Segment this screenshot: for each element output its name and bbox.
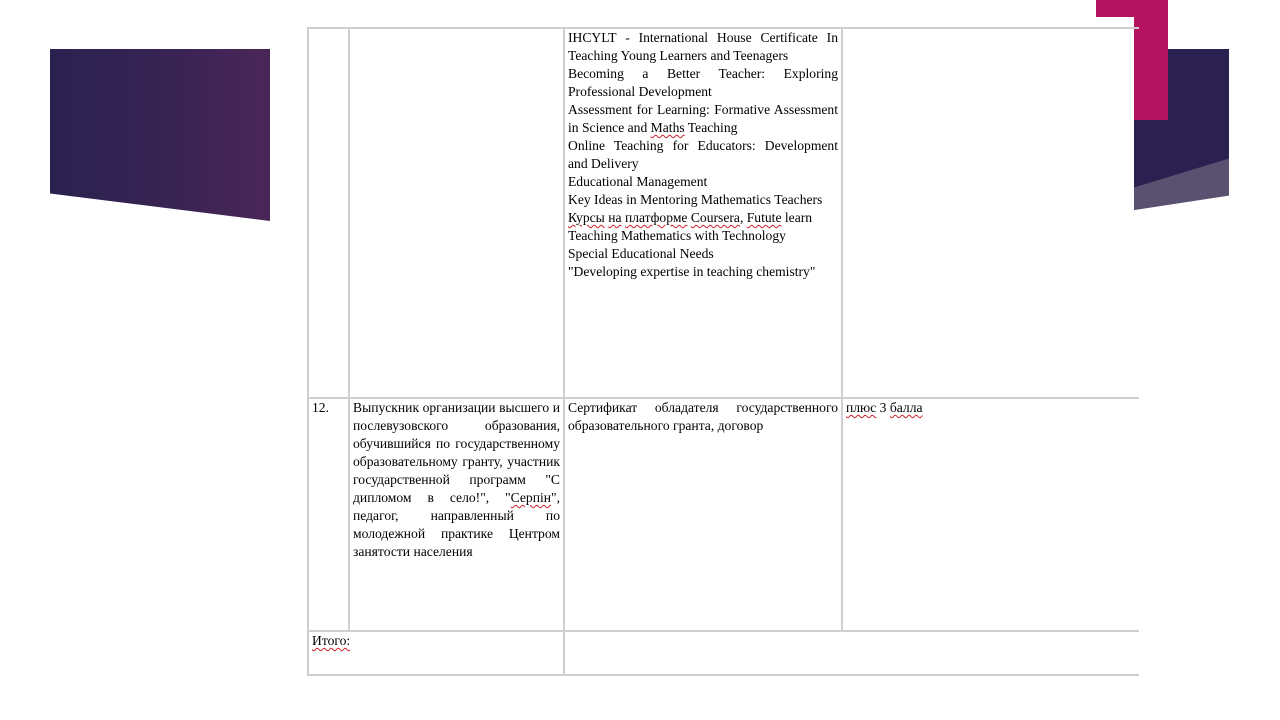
decorative-shape-left [50, 49, 270, 221]
criterion-cell [349, 28, 564, 398]
total-label: Итого: [312, 633, 350, 648]
row-number-cell [308, 28, 349, 398]
course-item: Курсы на платформе Coursera, Futute lear… [568, 209, 838, 227]
score-cell [842, 28, 1139, 398]
total-row: Итого: [308, 631, 1139, 675]
criterion-cell: Выпускник организации высшего и послевуз… [349, 398, 564, 631]
document-cell: Сертификат обладателя государственного о… [564, 398, 842, 631]
course-item: IHCYLT - International House Certificate… [568, 29, 838, 65]
total-label-cell: Итого: [308, 631, 564, 675]
course-item: Special Educational Needs [568, 245, 838, 263]
total-value-cell [564, 631, 1139, 675]
table-row: 12. Выпускник организации высшего и посл… [308, 398, 1139, 631]
course-item: Becoming a Better Teacher: Exploring Pro… [568, 65, 838, 101]
document-cell: IHCYLT - International House Certificate… [564, 28, 842, 398]
course-item: Educational Management [568, 173, 838, 191]
course-item: Key Ideas in Mentoring Mathematics Teach… [568, 191, 838, 209]
course-item: Online Teaching for Educators: Developme… [568, 137, 838, 173]
course-item: "Developing expertise in teaching chemis… [568, 263, 838, 281]
course-item: Teaching Mathematics with Technology [568, 227, 838, 245]
row-number-cell: 12. [308, 398, 349, 631]
score-cell: плюс 3 балла [842, 398, 1139, 631]
table-row: IHCYLT - International House Certificate… [308, 28, 1139, 398]
course-item: Assessment for Learning: Formative Asses… [568, 101, 838, 137]
criteria-table: IHCYLT - International House Certificate… [307, 27, 1139, 676]
